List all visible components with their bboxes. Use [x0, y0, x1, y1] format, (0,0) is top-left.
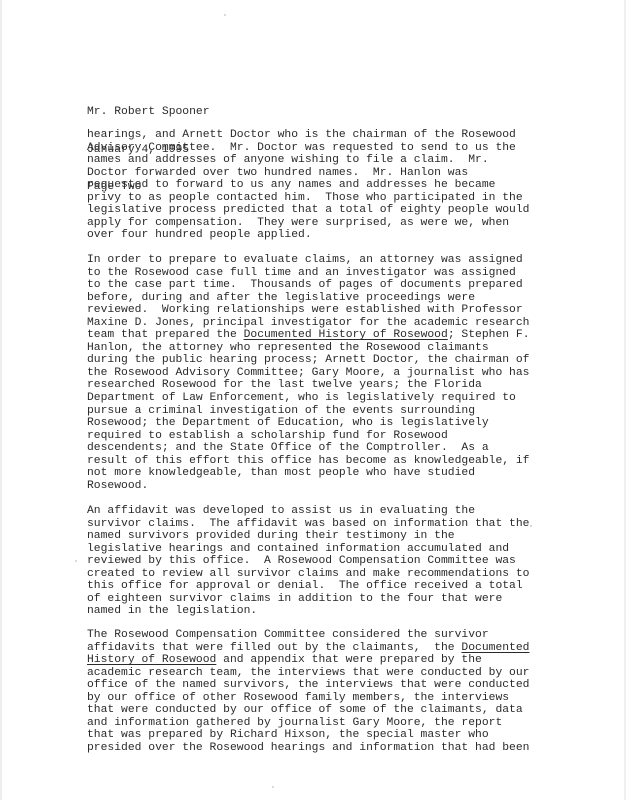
text-line: legislative hearings and contained infor… — [87, 543, 529, 556]
underlined-title: Documented — [461, 642, 529, 654]
text-line: Rosewood. — [87, 480, 530, 493]
text-line: and information gathered by journalist G… — [87, 717, 529, 730]
text-line: Rosewood; the Department of Education, w… — [87, 417, 530, 430]
text-line: legislative process predicted that a tot… — [87, 204, 529, 217]
text-run: and information gathered by journalist G… — [87, 717, 502, 729]
text-run: legislative process predicted that a tot… — [87, 204, 529, 216]
text-run: named survivors provided during their te… — [87, 530, 455, 542]
text-line: survivor claims. The affidavit was based… — [87, 518, 529, 531]
text-run: privy to as people contacted him. Those … — [87, 192, 523, 204]
text-line: The Rosewood Compensation Committee cons… — [87, 629, 529, 642]
text-run: to the case part time. Thousands of page… — [87, 279, 523, 291]
text-run: by our office of other Rosewood family m… — [87, 692, 509, 704]
paragraph-1: hearings, and Arnett Doctor who is the c… — [87, 129, 529, 242]
text-line: to the case part time. Thousands of page… — [87, 279, 530, 292]
underlined-title: Documented History of Rosewood — [244, 329, 448, 341]
text-line: this office for approval or denial. The … — [87, 580, 529, 593]
scan-speck — [272, 786, 274, 788]
scan-speck — [530, 525, 532, 527]
scan-edge — [0, 0, 2, 800]
text-line: Doctor forwarded over two hundred names.… — [87, 167, 529, 180]
text-run: before, during and after the legislative… — [87, 292, 475, 304]
text-line: before, during and after the legislative… — [87, 292, 530, 305]
text-run: not more knowledgeable, than most people… — [87, 467, 475, 479]
text-line: that were conducted by our office of som… — [87, 704, 529, 717]
text-line: privy to as people contacted him. Those … — [87, 192, 529, 205]
text-line: by our office of other Rosewood family m… — [87, 692, 529, 705]
text-run: Department of Law Enforcement, who is le… — [87, 392, 516, 404]
text-run: that were conducted by our office of som… — [87, 704, 523, 716]
text-run: Rosewood. — [87, 480, 148, 492]
text-line: In order to prepare to evaluate claims, … — [87, 254, 530, 267]
scan-speck — [224, 14, 226, 16]
text-line: History of Rosewood and appendix that we… — [87, 654, 529, 667]
text-run: result of this effort this office has be… — [87, 455, 529, 467]
text-line: apply for compensation. They were surpri… — [87, 217, 529, 230]
text-line: An affidavit was developed to assist us … — [87, 505, 529, 518]
text-run: named in the legislation. — [87, 605, 257, 617]
text-line: Advisory Committee. Mr. Doctor was reque… — [87, 142, 529, 155]
text-run: and appendix that were prepared by the — [216, 654, 482, 666]
text-line: named survivors provided during their te… — [87, 530, 529, 543]
text-run: affidavits that were filled out by the c… — [87, 642, 461, 654]
scan-speck — [75, 560, 77, 562]
text-run: names and addresses of anyone wishing to… — [87, 154, 489, 166]
paragraph-2: In order to prepare to evaluate claims, … — [87, 254, 530, 492]
text-line: office of the named survivors, the inter… — [87, 679, 529, 692]
text-line: affidavits that were filled out by the c… — [87, 642, 529, 655]
text-run: reviewed by this office. A Rosewood Comp… — [87, 555, 516, 567]
text-run: over four hundred people applied. — [87, 229, 312, 241]
underlined-title: History of Rosewood — [87, 654, 216, 666]
text-line: team that prepared the Documented Histor… — [87, 329, 530, 342]
text-run: Hanlon, the attorney who represented the… — [87, 342, 489, 354]
text-line: Hanlon, the attorney who represented the… — [87, 342, 530, 355]
text-run: academic research team, the interviews t… — [87, 667, 529, 679]
text-run: of eighteen survivor claims in addition … — [87, 593, 502, 605]
text-line: hearings, and Arnett Doctor who is the c… — [87, 129, 529, 142]
text-run: In order to prepare to evaluate claims, … — [87, 254, 523, 266]
paragraph-4: The Rosewood Compensation Committee cons… — [87, 629, 529, 754]
text-run: this office for approval or denial. The … — [87, 580, 523, 592]
text-line: required to establish a scholarship fund… — [87, 430, 530, 443]
text-line: to the Rosewood case full time and an in… — [87, 267, 530, 280]
text-line: over four hundred people applied. — [87, 229, 529, 242]
text-line: presided over the Rosewood hearings and … — [87, 742, 529, 755]
text-line: the Rosewood Advisory Committee; Gary Mo… — [87, 367, 530, 380]
text-run: that was prepared by Richard Hixson, the… — [87, 729, 489, 741]
text-line: created to review all survivor claims an… — [87, 568, 529, 581]
text-line: that was prepared by Richard Hixson, the… — [87, 729, 529, 742]
text-run: requested to forward to us any names and… — [87, 179, 495, 191]
text-line: names and addresses of anyone wishing to… — [87, 154, 529, 167]
text-run: reviewed. Working relationships were est… — [87, 304, 523, 316]
text-line: researched Rosewood for the last twelve … — [87, 379, 530, 392]
text-run: hearings, and Arnett Doctor who is the c… — [87, 129, 516, 141]
text-run: team that prepared the — [87, 329, 244, 341]
text-line: result of this effort this office has be… — [87, 455, 530, 468]
text-run: pursue a criminal investigation of the e… — [87, 405, 475, 417]
text-run: survivor claims. The affidavit was based… — [87, 518, 529, 530]
text-run: The Rosewood Compensation Committee cons… — [87, 629, 489, 641]
text-line: Maxine D. Jones, principal investigator … — [87, 317, 530, 330]
text-run: legislative hearings and contained infor… — [87, 543, 509, 555]
text-line: during the public hearing process; Arnet… — [87, 354, 530, 367]
text-run: Maxine D. Jones, principal investigator … — [87, 317, 529, 329]
paragraph-3: An affidavit was developed to assist us … — [87, 505, 529, 618]
text-line: reviewed. Working relationships were est… — [87, 304, 530, 317]
text-line: descendents; and the State Office of the… — [87, 442, 530, 455]
letter-page: Mr. Robert Spooner January 4, 1995 Page … — [0, 0, 626, 800]
text-line: named in the legislation. — [87, 605, 529, 618]
text-line: academic research team, the interviews t… — [87, 667, 529, 680]
text-run: office of the named survivors, the inter… — [87, 679, 529, 691]
text-run: An affidavit was developed to assist us … — [87, 505, 475, 517]
text-run: apply for compensation. They were surpri… — [87, 217, 509, 229]
text-run: Doctor forwarded over two hundred names.… — [87, 167, 468, 179]
text-line: requested to forward to us any names and… — [87, 179, 529, 192]
text-run: ; Stephen F. — [448, 329, 530, 341]
text-line: of eighteen survivor claims in addition … — [87, 593, 529, 606]
text-run: Advisory Committee. Mr. Doctor was reque… — [87, 142, 516, 154]
text-line: reviewed by this office. A Rosewood Comp… — [87, 555, 529, 568]
text-line: not more knowledgeable, than most people… — [87, 467, 530, 480]
text-run: presided over the Rosewood hearings and … — [87, 742, 529, 754]
text-line: Department of Law Enforcement, who is le… — [87, 392, 530, 405]
text-run: Rosewood; the Department of Education, w… — [87, 417, 489, 429]
text-run: required to establish a scholarship fund… — [87, 430, 448, 442]
text-run: created to review all survivor claims an… — [87, 568, 529, 580]
text-run: researched Rosewood for the last twelve … — [87, 379, 482, 391]
text-run: descendents; and the State Office of the… — [87, 442, 489, 454]
text-run: during the public hearing process; Arnet… — [87, 354, 529, 366]
text-line: pursue a criminal investigation of the e… — [87, 405, 530, 418]
text-run: the Rosewood Advisory Committee; Gary Mo… — [87, 367, 529, 379]
text-run: to the Rosewood case full time and an in… — [87, 267, 516, 279]
recipient-name: Mr. Robert Spooner — [87, 106, 210, 119]
